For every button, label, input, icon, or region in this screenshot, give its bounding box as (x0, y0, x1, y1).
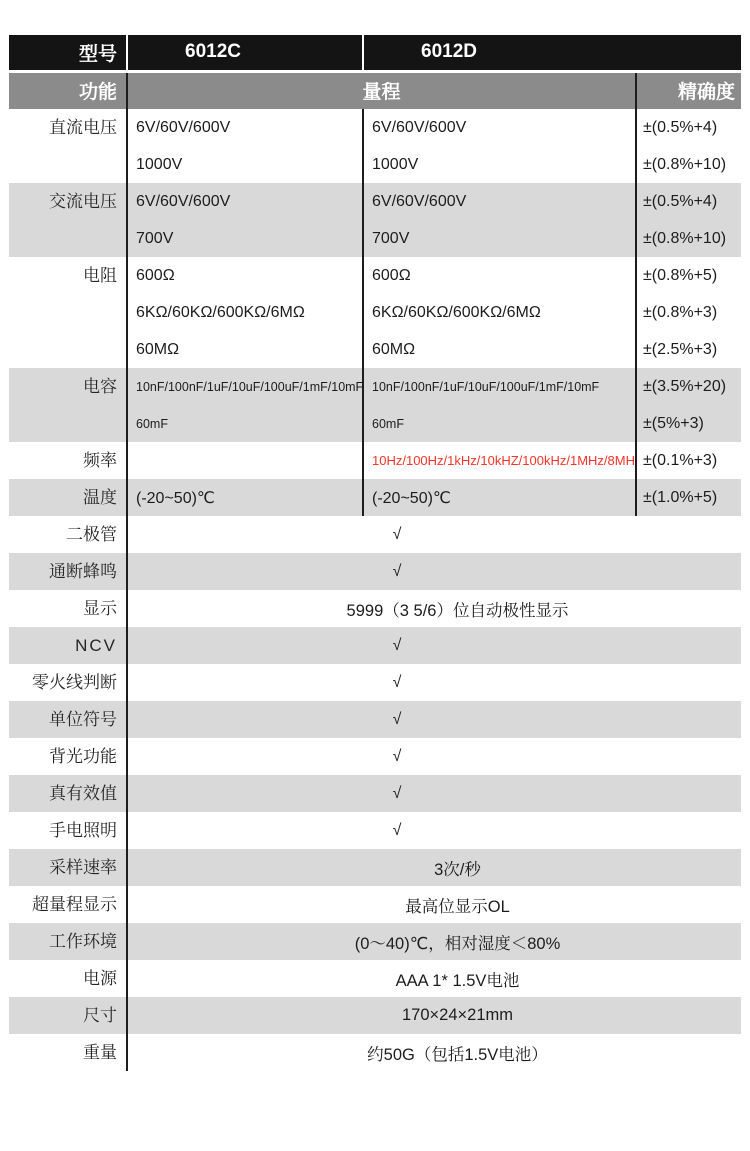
feature-value-text: 约50G（包括1.5V电池） (127, 1034, 741, 1071)
feature-row: 通断蜂鸣 √ (9, 553, 741, 590)
feature-value-text: 5999（3 5/6）位自动极性显示 (127, 590, 741, 627)
accuracy-value: ±(0.5%+4) (636, 183, 741, 220)
feature-row: 工作环境 (0～40)℃，相对湿度＜80% (9, 923, 741, 960)
range-6012d: 10nF/100nF/1uF/10uF/100uF/1mF/10mF (363, 368, 636, 405)
feature-value-checkmark: √ (127, 701, 741, 738)
feature-label-backlight: 背光功能 (9, 738, 127, 775)
accuracy-value: ±(1.0%+5) (636, 479, 741, 516)
range-6012d: 700V (363, 220, 636, 257)
function-label-temperature: 温度 (9, 479, 127, 516)
model-6012d-cell: 6012D (363, 35, 741, 71)
feature-value-text: 170×24×21mm (127, 997, 741, 1034)
spec-row: 电阻 600Ω 600Ω ±(0.8%+5) (9, 257, 741, 294)
accuracy-value: ±(0.1%+3) (636, 442, 741, 479)
feature-label-power-supply: 电源 (9, 960, 127, 997)
feature-row: 超量程显示 最高位显示OL (9, 886, 741, 923)
accuracy-value: ±(3.5%+20) (636, 368, 741, 405)
feature-value-checkmark: √ (127, 738, 741, 775)
spec-row: 电容 10nF/100nF/1uF/10uF/100uF/1mF/10mF 10… (9, 368, 741, 405)
accuracy-value: ±(0.5%+4) (636, 109, 741, 146)
feature-label-sample-rate: 采样速率 (9, 849, 127, 886)
range-6012c (127, 442, 363, 479)
accuracy-value: ±(0.8%+10) (636, 146, 741, 183)
range-6012c: 60MΩ (127, 331, 363, 368)
range-6012d: 6V/60V/600V (363, 183, 636, 220)
feature-label-unit-symbols: 单位符号 (9, 701, 127, 738)
feature-row: 手电照明 √ (9, 812, 741, 849)
spec-table: 型号 6012C 6012D 功能 量程 精确度 直流电压 6V/60V/600… (9, 35, 741, 1071)
feature-row: 零火线判断 √ (9, 664, 741, 701)
function-label-dc-voltage: 直流电压 (9, 109, 127, 183)
feature-row: 电源 AAA 1* 1.5V电池 (9, 960, 741, 997)
range-6012d: 600Ω (363, 257, 636, 294)
feature-label-live-neutral-detect: 零火线判断 (9, 664, 127, 701)
spec-row: 直流电压 6V/60V/600V 6V/60V/600V ±(0.5%+4) (9, 109, 741, 146)
feature-row: 单位符号 √ (9, 701, 741, 738)
range-6012c: 6KΩ/60KΩ/600KΩ/6MΩ (127, 294, 363, 331)
feature-row: 真有效值 √ (9, 775, 741, 812)
function-label-capacitance: 电容 (9, 368, 127, 442)
feature-label-diode: 二极管 (9, 516, 127, 553)
function-label-frequency: 频率 (9, 442, 127, 479)
model-header-row: 型号 6012C 6012D (9, 35, 741, 71)
feature-row: 显示 5999（3 5/6）位自动极性显示 (9, 590, 741, 627)
feature-label-continuity-buzzer: 通断蜂鸣 (9, 553, 127, 590)
feature-value-text: 3次/秒 (127, 849, 741, 886)
feature-label-true-rms: 真有效值 (9, 775, 127, 812)
feature-row: 采样速率 3次/秒 (9, 849, 741, 886)
accuracy-value: ±(2.5%+3) (636, 331, 741, 368)
spec-row: 交流电压 6V/60V/600V 6V/60V/600V ±(0.5%+4) (9, 183, 741, 220)
range-6012c: 1000V (127, 146, 363, 183)
feature-value-checkmark: √ (127, 775, 741, 812)
accuracy-value: ±(0.8%+10) (636, 220, 741, 257)
feature-label-operating-environment: 工作环境 (9, 923, 127, 960)
feature-label-dimensions: 尺寸 (9, 997, 127, 1034)
feature-value-checkmark: √ (127, 627, 741, 664)
feature-label-display: 显示 (9, 590, 127, 627)
accuracy-value: ±(0.8%+3) (636, 294, 741, 331)
accuracy-header-cell: 精确度 (636, 71, 741, 109)
feature-value-text: (0～40)℃，相对湿度＜80% (127, 923, 741, 960)
column-header-row: 功能 量程 精确度 (9, 71, 741, 109)
feature-value-checkmark: √ (127, 516, 741, 553)
feature-label-flashlight: 手电照明 (9, 812, 127, 849)
feature-value-checkmark: √ (127, 553, 741, 590)
range-6012d: (-20~50)℃ (363, 479, 636, 516)
range-6012d: 1000V (363, 146, 636, 183)
function-header-cell: 功能 (9, 71, 127, 109)
model-column-label: 型号 (9, 35, 127, 71)
range-6012d: 60MΩ (363, 331, 636, 368)
range-6012d: 60mF (363, 405, 636, 442)
range-header-cell: 量程 (127, 71, 636, 109)
range-6012d: 6KΩ/60KΩ/600KΩ/6MΩ (363, 294, 636, 331)
accuracy-value: ±(0.8%+5) (636, 257, 741, 294)
spec-row: 温度 (-20~50)℃ (-20~50)℃ ±(1.0%+5) (9, 479, 741, 516)
feature-row: 重量 约50G（包括1.5V电池） (9, 1034, 741, 1071)
feature-value-text: AAA 1* 1.5V电池 (127, 960, 741, 997)
model-6012c-cell: 6012C (127, 35, 363, 71)
feature-value-text: 最高位显示OL (127, 886, 741, 923)
feature-value-checkmark: √ (127, 664, 741, 701)
feature-value-checkmark: √ (127, 812, 741, 849)
feature-label-overrange-display: 超量程显示 (9, 886, 127, 923)
range-6012c: 6V/60V/600V (127, 183, 363, 220)
range-6012d: 6V/60V/600V (363, 109, 636, 146)
range-6012c: 600Ω (127, 257, 363, 294)
feature-row: 背光功能 √ (9, 738, 741, 775)
feature-label-weight: 重量 (9, 1034, 127, 1071)
function-label-resistance: 电阻 (9, 257, 127, 368)
function-label-ac-voltage: 交流电压 (9, 183, 127, 257)
feature-row: 二极管 √ (9, 516, 741, 553)
range-6012c: 10nF/100nF/1uF/10uF/100uF/1mF/10mF (127, 368, 363, 405)
range-6012c: 700V (127, 220, 363, 257)
range-6012c: 6V/60V/600V (127, 109, 363, 146)
range-6012d-highlight: 10Hz/100Hz/1kHz/10kHZ/100kHz/1MHz/8MHz (363, 442, 636, 479)
feature-row: 尺寸 170×24×21mm (9, 997, 741, 1034)
feature-label-ncv: NCV (9, 627, 127, 664)
range-6012c: 60mF (127, 405, 363, 442)
range-6012c: (-20~50)℃ (127, 479, 363, 516)
spec-row: 频率 10Hz/100Hz/1kHz/10kHZ/100kHz/1MHz/8MH… (9, 442, 741, 479)
feature-row: NCV √ (9, 627, 741, 664)
accuracy-value: ±(5%+3) (636, 405, 741, 442)
